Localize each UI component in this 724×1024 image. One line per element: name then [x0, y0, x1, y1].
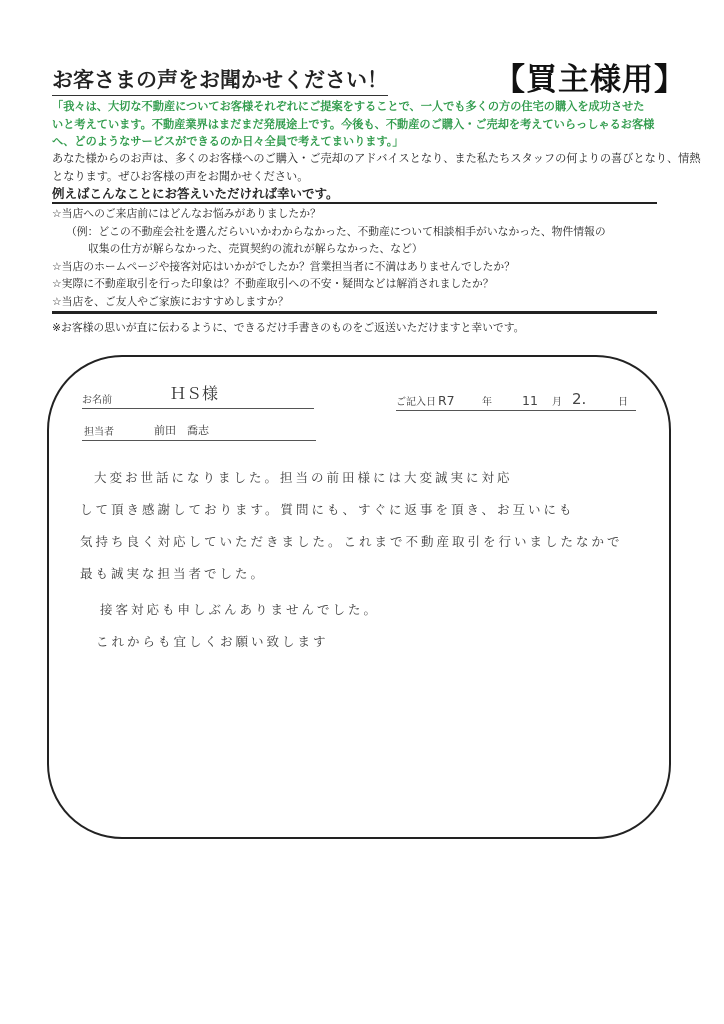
day-unit: 日: [618, 393, 628, 408]
question-example: 収集の仕方が解らなかった、売買契約の流れが解らなかった、など）: [52, 240, 657, 258]
year-unit: 年: [482, 393, 492, 408]
staff-label: 担当者: [84, 423, 114, 438]
staff-field[interactable]: 担当者 前田 喬志: [82, 420, 316, 441]
comment-line: 接客対応も申しぶんありませんでした。: [80, 594, 660, 626]
question-item: ☆当店へのご来店前にはどんなお悩みがありましたか？: [52, 205, 657, 223]
name-field[interactable]: お名前 ＨＳ様: [82, 380, 314, 409]
question-item: ☆当店を、ご友人やご家族におすすめしますか？: [52, 293, 657, 315]
date-year: R7: [438, 393, 455, 408]
page-title: お客さまの声をお聞かせください！: [52, 64, 388, 96]
handwriting-note: ※お客様の思いが直に伝わるように、できるだけ手書きのものをご返送いただけますと幸…: [52, 320, 524, 335]
comment-line: 最も誠実な担当者でした。: [80, 558, 660, 590]
mission-line: へ、どのようなサービスができるのか日々全員で考えてまいります。」: [52, 133, 672, 151]
date-day: 2.: [572, 390, 586, 408]
name-label: お名前: [82, 391, 112, 406]
question-item: ☆当店のホームページや接客対応はいかがでしたか？営業担当者に不満はありませんでし…: [52, 258, 657, 276]
mission-line: いと考えています。不動産業界はまだまだ発展途上です。今後も、不動産のご購入・ご売…: [52, 116, 672, 134]
intro-line: あなた様からのお声は、多くのお客様へのご購入・ご売却のアドバイスとなり、また私た…: [52, 150, 672, 168]
comment-line: 大変お世話になりました。担当の前田様には大変誠実に対応: [80, 462, 660, 494]
staff-value: 前田 喬志: [154, 422, 209, 438]
month-unit: 月: [552, 393, 562, 408]
comment-line: 気持ち良く対応していただきました。これまで不動産取引を行いましたなかで: [80, 526, 660, 558]
mission-line: 「我々は、大切な不動産についてお客様それぞれにご提案をすることで、一人でも多くの…: [52, 98, 672, 116]
date-month: 11: [522, 393, 538, 408]
question-example: （例：どこの不動産会社を選んだらいいかわからなかった、不動産について相談相手がい…: [52, 223, 657, 241]
question-list: ☆当店へのご来店前にはどんなお悩みがありましたか？ （例：どこの不動産会社を選ん…: [52, 205, 657, 314]
comment-line: して頂き感謝しております。質問にも、すぐに返事を頂き、お互いにも: [80, 494, 660, 526]
name-value: ＨＳ様: [170, 381, 218, 404]
intro-text: あなた様からのお声は、多くのお客様へのご購入・ご売却のアドバイスとなり、また私た…: [52, 150, 672, 185]
date-field[interactable]: ご記入日 R7 年 11 月 2. 日: [396, 388, 636, 411]
form-type-badge: 【買主様用】: [494, 54, 686, 99]
comment-line: これからも宜しくお願い致します: [80, 626, 660, 658]
date-label: ご記入日: [396, 393, 436, 408]
examples-heading: 例えばこんなことにお答えいただければ幸いです。: [52, 184, 657, 204]
intro-line: となります。ぜひお客様の声をお聞かせください。: [52, 168, 672, 186]
handwritten-comment: 大変お世話になりました。担当の前田様には大変誠実に対応 して頂き感謝しております…: [80, 462, 660, 658]
question-item: ☆実際に不動産取引を行った印象は？不動産取引への不安・疑問などは解消されましたか…: [52, 275, 657, 293]
mission-statement: 「我々は、大切な不動産についてお客様それぞれにご提案をすることで、一人でも多くの…: [52, 98, 672, 151]
